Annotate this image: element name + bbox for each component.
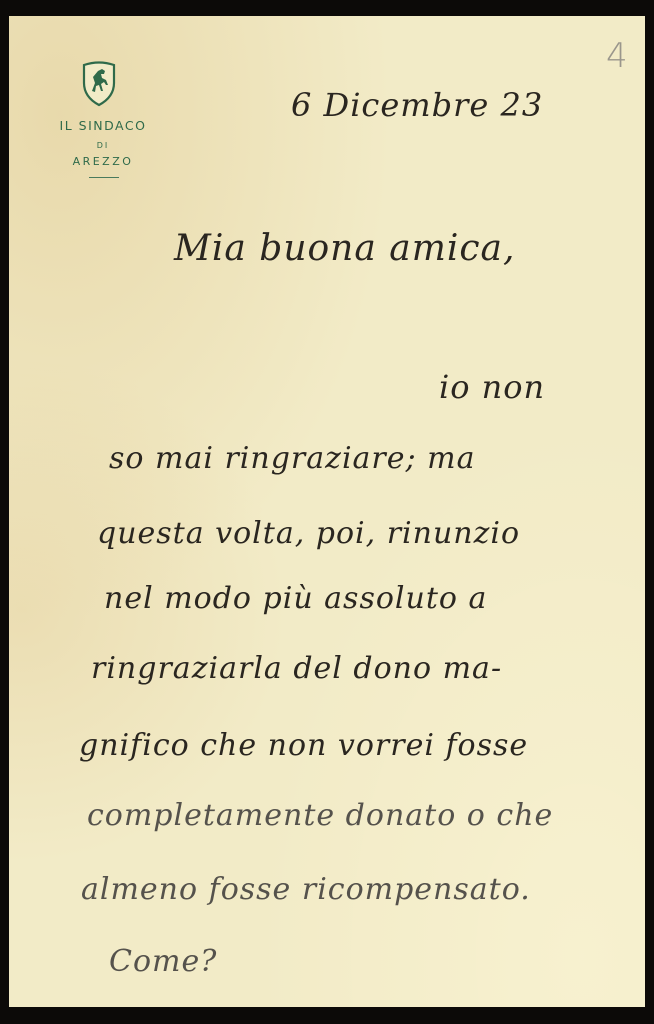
letterhead-di: DI (33, 141, 173, 150)
letter-date: 6 Dicembre 23 (291, 86, 543, 124)
letter-line: so mai ringraziare; ma (109, 441, 476, 476)
letterhead-rule (89, 177, 119, 178)
letterhead-title: IL SINDACO (33, 118, 173, 133)
letterhead-city: AREZZO (33, 155, 173, 168)
letter-line: Come? (109, 944, 217, 979)
page-number: 4 (606, 36, 628, 76)
letter-line: questa volta, poi, rinunzio (97, 516, 520, 551)
rampant-horse-shield-icon (81, 61, 117, 107)
letter-line: ringraziarla del dono ma- (91, 651, 502, 686)
letter-page: IL SINDACO DI AREZZO 4 6 Dicembre 23 Mia… (9, 16, 645, 1007)
letter-line: io non (439, 368, 545, 406)
letter-line: almeno fosse ricompensato. (81, 872, 531, 907)
letter-line: completamente donato o che (87, 798, 553, 833)
letter-line: nel modo più assoluto a (104, 581, 487, 616)
letter-line: gnifico che non vorrei fosse (79, 728, 528, 763)
salutation: Mia buona amica, (174, 228, 515, 269)
